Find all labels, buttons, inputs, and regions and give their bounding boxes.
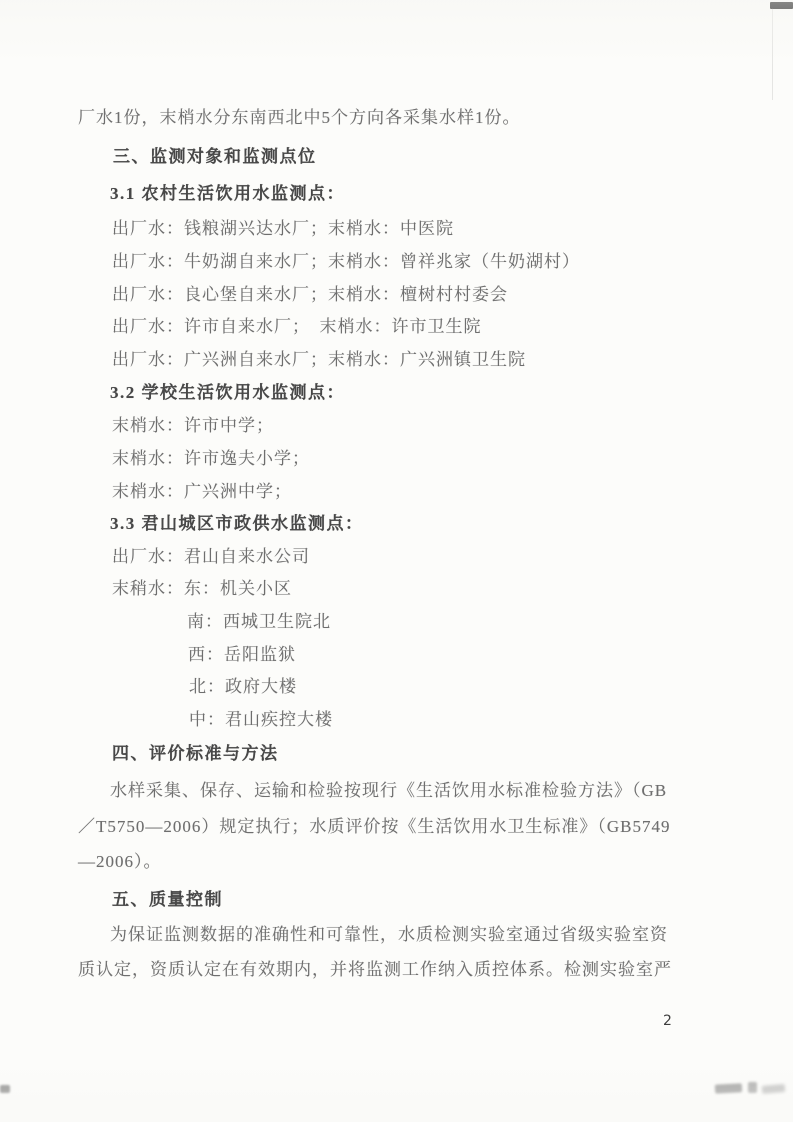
paragraph-line: 为保证监测数据的准确性和可靠性，水质检测实验室通过省级实验室资 xyxy=(110,923,668,946)
pencil-mark xyxy=(748,1082,757,1093)
scan-smudge xyxy=(0,1085,10,1093)
direction-point-line: 北：政府大楼 xyxy=(189,675,297,698)
document-page: 厂水1份，末梢水分东南西北中5个方向各采集水样1份。 三、监测对象和监测点位 3… xyxy=(0,0,793,1122)
paragraph-line: 水样采集、保存、运输和检验按现行《生活饮用水标准检验方法》（GB xyxy=(110,779,667,802)
paragraph-line: —2006）。 xyxy=(78,850,162,873)
monitoring-point-line: 出厂水：广兴洲自来水厂；末梢水：广兴洲镇卫生院 xyxy=(112,348,526,371)
pencil-mark xyxy=(715,1083,742,1093)
direction-point-line: 中：君山疾控大楼 xyxy=(189,708,333,731)
scan-edge-mark xyxy=(770,2,793,9)
heading-3-2: 3.2 学校生活饮用水监测点： xyxy=(110,381,345,404)
paragraph-line: 质认定，资质认定在有效期内，并将监测工作纳入质控体系。检测实验室严 xyxy=(78,958,672,981)
heading-3-3: 3.3 君山城区市政供水监测点： xyxy=(110,512,364,535)
monitoring-point-line: 出厂水：钱粮湖兴达水厂；末梢水：中医院 xyxy=(112,217,454,240)
heading-section-3: 三、监测对象和监测点位 xyxy=(113,145,317,168)
paragraph-line: ／T5750—2006）规定执行；水质评价按《生活饮用水卫生标准》（GB5749 xyxy=(78,815,671,838)
monitoring-point-line: 末梢水：许市逸夫小学； xyxy=(112,447,310,470)
heading-3-1: 3.1 农村生活饮用水监测点： xyxy=(110,182,345,205)
monitoring-point-line: 出厂水：良心堡自来水厂；末梢水：檀树村村委会 xyxy=(112,283,508,306)
monitoring-point-line: 出厂水：许市自来水厂； 末梢水：许市卫生院 xyxy=(112,315,482,338)
direction-point-line: 南：西城卫生院北 xyxy=(187,610,331,633)
monitoring-point-line: 末稍水：东：机关小区 xyxy=(112,577,292,600)
heading-section-4: 四、评价标准与方法 xyxy=(112,742,279,765)
pencil-mark xyxy=(762,1084,786,1094)
monitoring-point-line: 出厂水：牛奶湖自来水厂；末梢水：曾祥兆家（牛奶湖村） xyxy=(112,250,580,273)
monitoring-point-line: 末梢水：许市中学； xyxy=(112,414,274,437)
monitoring-point-line: 末梢水：广兴洲中学； xyxy=(112,480,292,503)
page-number: 2 xyxy=(663,1013,672,1029)
scan-edge-line xyxy=(772,8,773,100)
direction-point-line: 西：岳阳监狱 xyxy=(188,643,296,666)
monitoring-point-line: 出厂水：君山自来水公司 xyxy=(112,545,310,568)
heading-section-5: 五、质量控制 xyxy=(112,888,223,911)
paragraph-continuation-line: 厂水1份，末梢水分东南西北中5个方向各采集水样1份。 xyxy=(78,106,521,129)
